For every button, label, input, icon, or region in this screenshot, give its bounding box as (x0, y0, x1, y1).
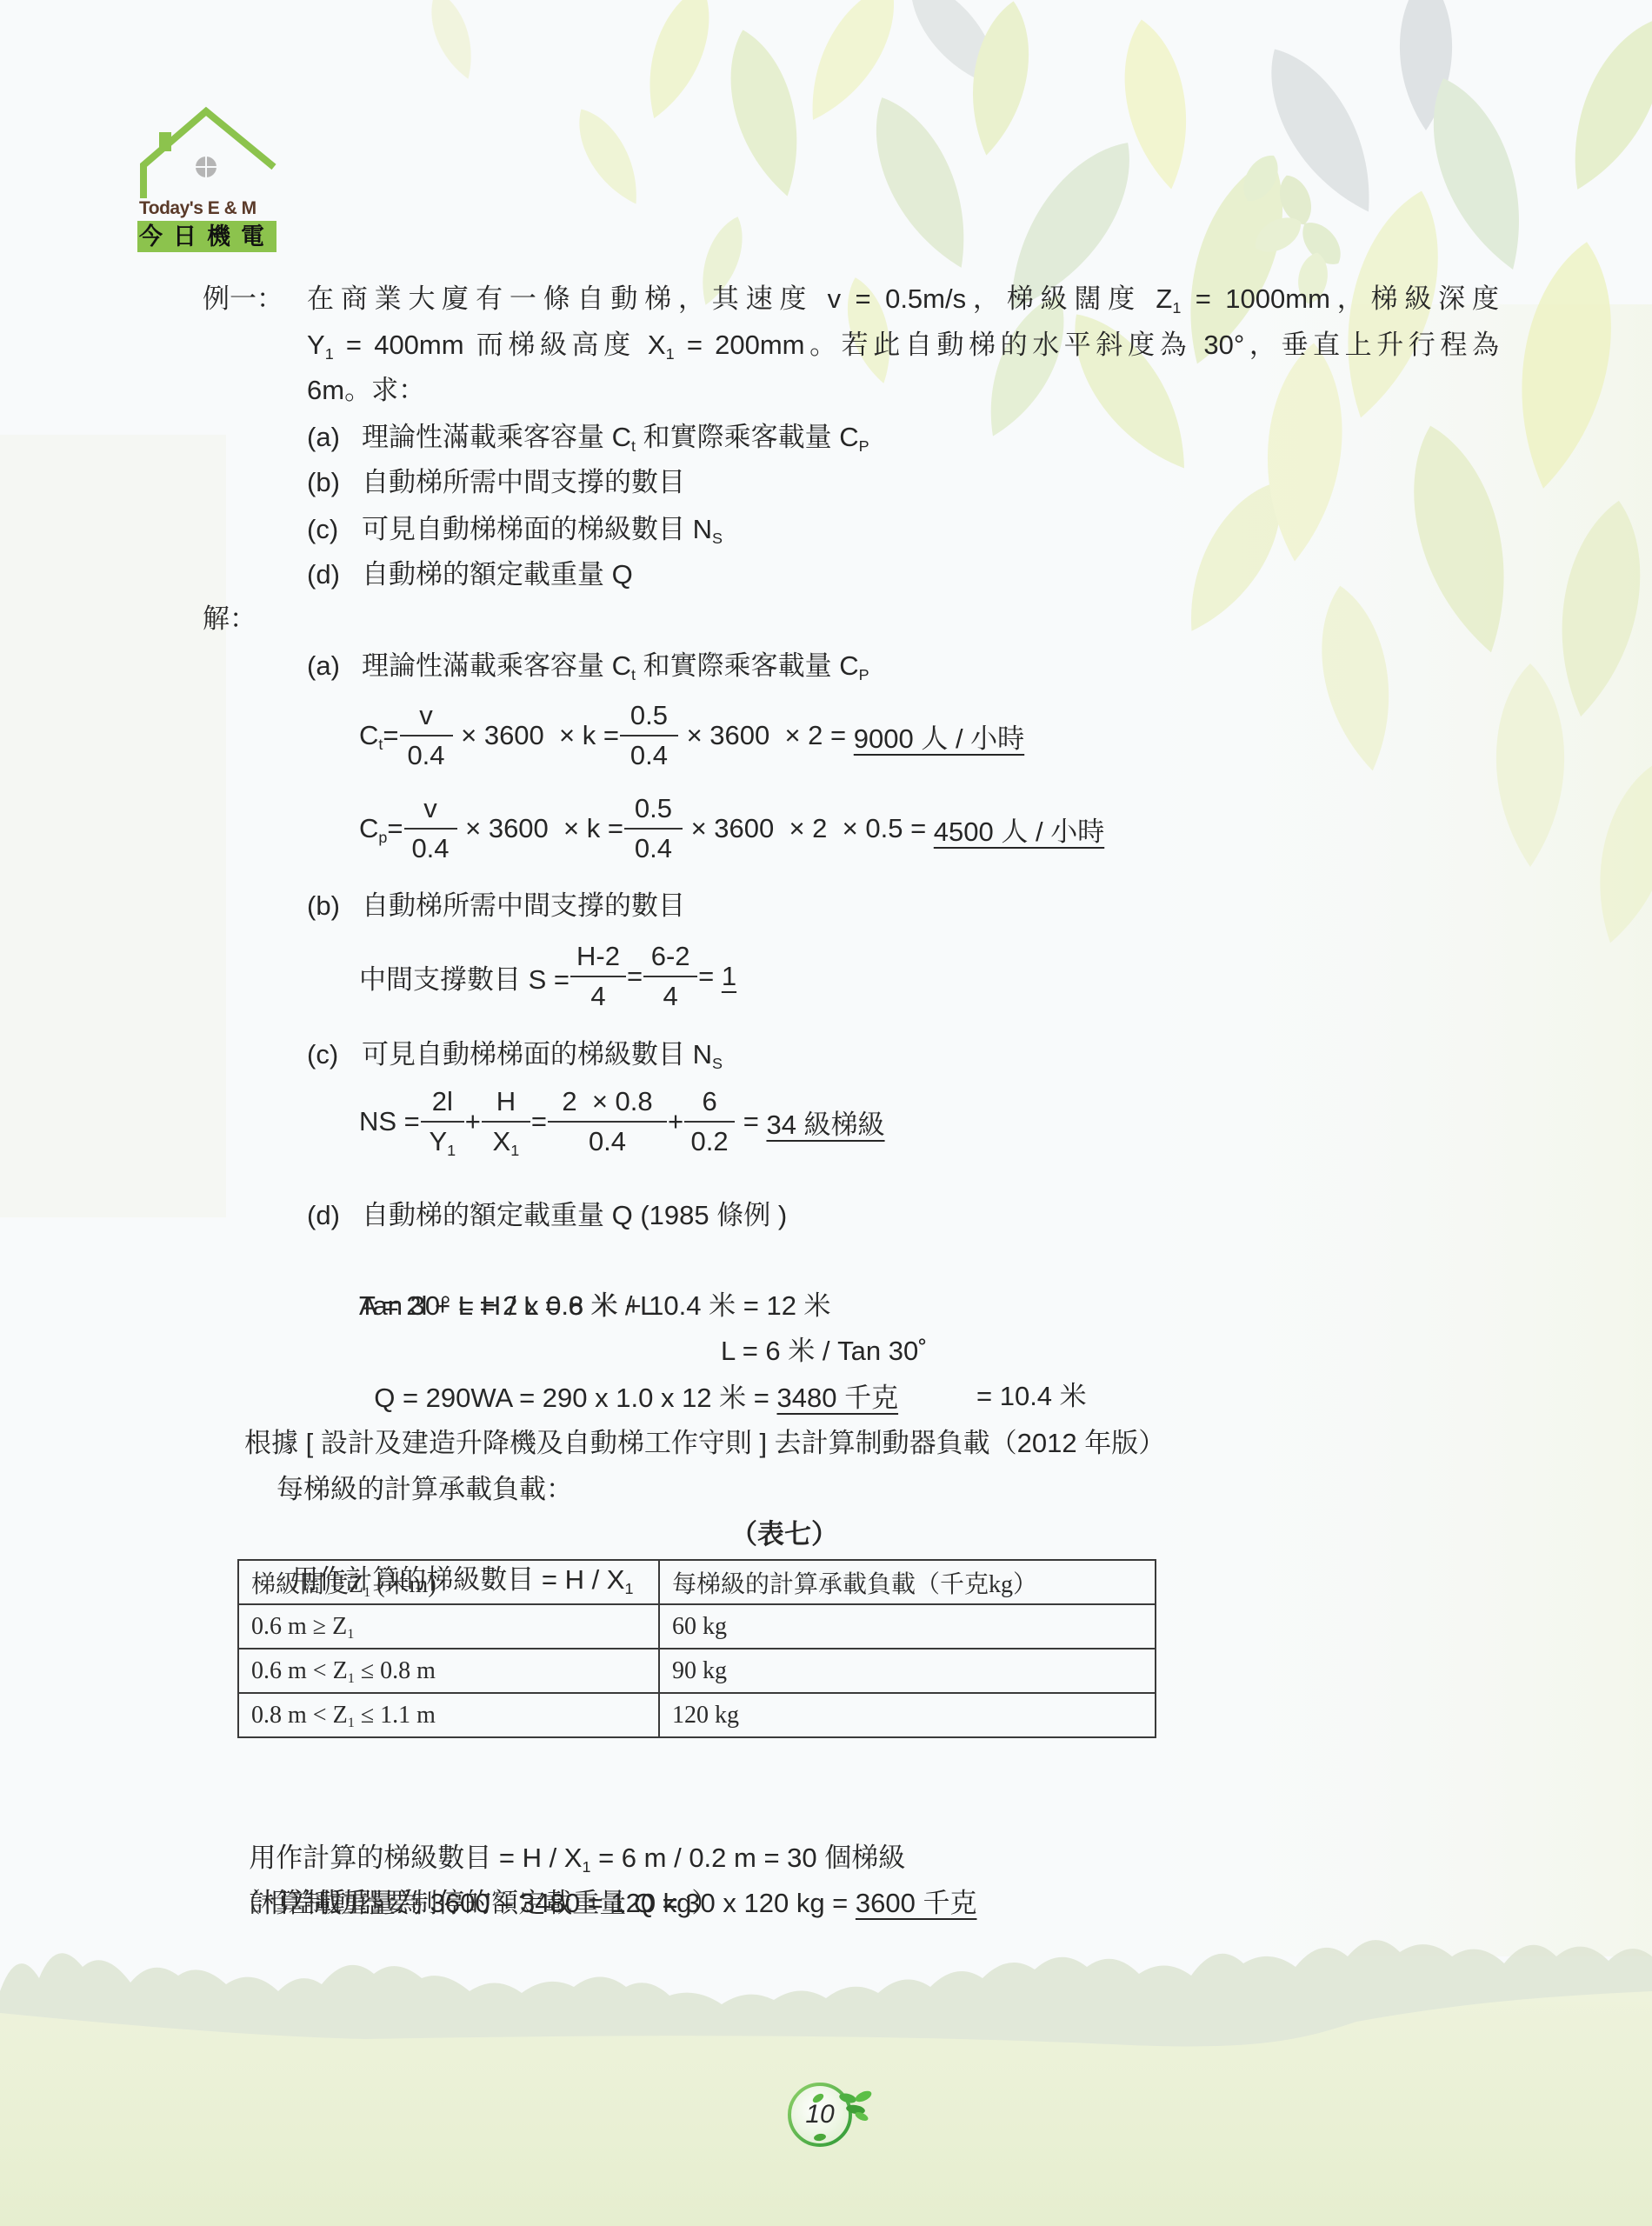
question-text: 可見自動梯梯面的梯級數目 NS (362, 507, 723, 552)
conclusion-line-3: （相差載重量為 3600 – 3480 = 120 kg） (234, 1881, 718, 1926)
load-table: 梯級闊度Z1 (米m) 每梯級的計算承載負載（千克kg） 0.6 m ≥ Z1 … (237, 1559, 1156, 1738)
conclusion-line-1: 用作計算的梯級數目 = H / X1 = 6 m / 0.2 m = 30 個梯… (234, 1790, 905, 1836)
solution-marker: (a) (307, 643, 340, 689)
ct-formula: Ct = v0.4 × 3600 × k = 0.50.4 × 3600 × 2… (359, 692, 1024, 779)
subscript: 1 (510, 1142, 519, 1159)
table-cell-load: 90 kg (659, 1649, 1156, 1693)
area-line: A = 2l + L = 2 x 0.8 米 + 10.4 米 = 12 米 (359, 1283, 831, 1329)
subscript: t (378, 736, 383, 753)
problem-line-2: Y1 = 400mm 而梯級高度 X1 = 200mm。若此自動梯的水平斜度為 … (307, 323, 1499, 368)
question-b: (b) 自動梯所需中間支撐的數目 (307, 460, 1350, 505)
formula-symbol: Cp (359, 813, 387, 844)
symbol: C (359, 813, 378, 843)
fraction: 2 × 0.80.4 (548, 1083, 667, 1161)
tan-line-part-c: = 10.4 米 (976, 1374, 1087, 1419)
table-cell-width: 0.6 m ≥ Z1 (238, 1604, 659, 1649)
denominator-text: Y (429, 1126, 447, 1156)
symbol: C (359, 720, 378, 750)
subscript: 1 (348, 1715, 355, 1730)
page-number-badge: 10 (778, 2074, 874, 2156)
equals: = (698, 961, 722, 992)
numerator: 6-2 (649, 937, 693, 976)
solution-heading-text: 理論性滿載乘客容量 Ct 和實際乘客載量 CP (362, 643, 869, 689)
solution-marker: (c) (307, 1032, 338, 1077)
conclusion-line-2: 計算制動器要制停的額定載重量 Q = 30 x 120 kg = 3600 千克 (234, 1836, 976, 1881)
logo-title-en: Today's E & M (139, 198, 278, 219)
subscript: S (712, 530, 723, 547)
problem-line-2-text-mid: = 400mm 而梯級高度 X (334, 330, 666, 360)
cell-text-end: ≤ 1.1 m (355, 1702, 436, 1729)
subscript: P (859, 666, 869, 683)
subscript: P (859, 437, 869, 455)
question-c: (c) 可見自動梯梯面的梯級數目 NS (307, 507, 1350, 552)
denominator: 4 (661, 977, 681, 1016)
formula-result: 9000 人 / 小時 (854, 716, 1024, 756)
table-row: 0.6 m < Z1 ≤ 0.8 m 90 kg (238, 1649, 1156, 1693)
table-cell-width: 0.6 m < Z1 ≤ 0.8 m (238, 1649, 659, 1693)
equals: = (531, 1106, 547, 1137)
plus: + (668, 1106, 683, 1137)
logo-title-zh: 今日機電 (137, 221, 276, 252)
question-a: (a) 理論性滿載乘客容量 Ct 和實際乘客載量 CP (307, 415, 1350, 460)
cell-text: 0.6 m < Z (251, 1657, 348, 1684)
question-text: 自動梯所需中間支撐的數目 (362, 460, 685, 505)
denominator: 0.4 (404, 736, 447, 775)
denominator: 4 (588, 977, 608, 1016)
equals: = (383, 720, 398, 751)
subscript: 1 (348, 1670, 355, 1686)
denominator: 0.4 (628, 736, 670, 775)
subscript: 1 (363, 1584, 370, 1600)
problem-line-1-text: 在商業大廈有一條自動梯，其速度 v = 0.5m/s，梯級闊度 Z (307, 283, 1172, 314)
fraction: 2lY1 (421, 1083, 464, 1161)
numerator: 0.5 (632, 790, 675, 828)
solution-label: 解： (203, 596, 256, 642)
problem-line-3: 6m。求： (307, 368, 425, 413)
heading-text-a: 理論性滿載乘客容量 C (362, 650, 631, 681)
page-number: 10 (797, 2100, 843, 2129)
subscript: t (631, 666, 636, 683)
example-label: 例一： (203, 277, 283, 322)
formula-result: 4500 人 / 小時 (934, 810, 1104, 849)
heading-text-b: 和實際乘客載量 C (636, 650, 859, 681)
numerator: v (421, 790, 440, 828)
plus: + (465, 1106, 481, 1137)
fraction: v0.4 (404, 790, 457, 868)
formula-result: 1 (722, 961, 736, 992)
header-text-end: (米m) (370, 1571, 436, 1598)
equals: = (387, 813, 403, 844)
problem-line-1-text-end: = 1000mm，梯級深度 (1181, 283, 1499, 314)
conclusion-result: 3600 千克 (856, 1888, 977, 1918)
solution-marker: (b) (307, 883, 340, 929)
table-row: 0.6 m ≥ Z1 60 kg (238, 1604, 1156, 1649)
formula-result: 34 級梯級 (766, 1103, 884, 1142)
table-cell-load: 60 kg (659, 1604, 1156, 1649)
question-text-a: 理論性滿載乘客容量 C (362, 422, 631, 452)
numerator: 0.5 (628, 696, 670, 735)
question-marker: (b) (307, 460, 340, 505)
numerator: H-2 (574, 937, 623, 976)
denominator: 0.2 (689, 1123, 731, 1161)
solution-b-heading: (b) 自動梯所需中間支撐的數目 (307, 883, 1350, 929)
denominator: 0.4 (632, 830, 675, 868)
denominator: 0.4 (586, 1123, 629, 1161)
table-header-row: 梯級闊度Z1 (米m) 每梯級的計算承載負載（千克kg） (238, 1560, 1156, 1604)
fraction: 6-24 (643, 937, 697, 1016)
table-cell-load: 120 kg (659, 1693, 1156, 1737)
table-cell-width: 0.8 m < Z1 ≤ 1.1 m (238, 1693, 659, 1737)
denominator: X1 (490, 1123, 523, 1161)
subscript: 1 (325, 345, 334, 363)
numerator: H (494, 1083, 518, 1121)
formula-symbol: Ct (359, 720, 383, 751)
fraction: HX1 (482, 1083, 530, 1161)
problem-line-2-text-end: = 200mm。若此自動梯的水平斜度為 30°，垂直上升行程為 (675, 330, 1499, 360)
fraction: 60.2 (684, 1083, 735, 1161)
denominator-text: X (493, 1126, 511, 1156)
problem-line-2-text: Y (307, 330, 325, 360)
formula-mid: × 3600 × k = (458, 813, 623, 844)
fraction: v0.4 (400, 696, 453, 775)
question-text-a: 可見自動梯梯面的梯級數目 N (362, 514, 712, 544)
fraction: H-24 (570, 937, 626, 1016)
question-d: (d) 自動梯的額定載重量 Q (307, 552, 1350, 597)
formula-tail: × 3600 × 2 × 0.5 = (683, 813, 934, 844)
steps-label: 用作計算的梯級數目 = H / X1 （表七） (276, 1512, 885, 1557)
cp-formula: Cp = v0.4 × 3600 × k = 0.50.4 × 3600 × 2… (359, 785, 1104, 872)
formula-mid: × 3600 × k = (454, 720, 619, 751)
solution-d-heading: (d) 自動梯的額定載重量 Q (1985 條例 ) (307, 1193, 1350, 1238)
solution-heading-text: 自動梯所需中間支撐的數目 (362, 883, 685, 929)
table-caption: （表七） (730, 1512, 838, 1557)
q-line: Q = 290WA = 290 x 1.0 x 12 米 = 3480 千克 (359, 1330, 898, 1376)
formula-lhs: 中間支撐數目 S = (359, 957, 570, 996)
question-text-b: 和實際乘客載量 C (636, 422, 859, 452)
solution-c-heading: (c) 可見自動梯梯面的梯級數目 NS (307, 1032, 1350, 1077)
table-row: 0.8 m < Z1 ≤ 1.1 m 120 kg (238, 1693, 1156, 1737)
logo: Today's E & M 今日機電 (130, 100, 287, 261)
solution-a-heading: (a) 理論性滿載乘客容量 Ct 和實際乘客載量 CP (307, 643, 1350, 689)
cell-text-end: ≤ 0.8 m (355, 1657, 436, 1684)
equals: = (736, 1106, 766, 1137)
q-line-result: 3480 千克 (777, 1383, 899, 1413)
formula-lhs: NS = (359, 1106, 420, 1137)
cell-text: 0.6 m ≥ Z (251, 1613, 347, 1640)
code-intro: 根據 [ 設計及建造升降機及自動梯工作守則 ] 去計算制動器負載（2012 年版… (244, 1421, 1165, 1466)
subscript: t (631, 437, 636, 455)
load-label: 每梯級的計算承載負載： (276, 1467, 573, 1512)
equals: = (627, 961, 643, 992)
numerator: 6 (699, 1083, 719, 1121)
support-count-formula: 中間支撐數目 S = H-24 = 6-24 = 1 (359, 933, 736, 1020)
numerator: v (416, 696, 436, 735)
solution-heading-text: 可見自動梯梯面的梯級數目 NS (362, 1032, 723, 1077)
subscript: S (712, 1055, 723, 1072)
q-line-text: Q = 290WA = 290 x 1.0 x 12 米 = (374, 1383, 776, 1413)
question-text: 自動梯的額定載重量 Q (362, 552, 633, 597)
question-marker: (d) (307, 552, 340, 597)
table-header-width: 梯級闊度Z1 (米m) (238, 1560, 659, 1604)
subscript: 1 (347, 1626, 354, 1642)
tan-line: Tan 30° = H / L = 6 米 / L L = 6 米 / Tan … (359, 1238, 1229, 1283)
subscript: p (378, 829, 387, 846)
question-marker: (c) (307, 507, 338, 552)
subscript: 1 (1172, 299, 1181, 317)
question-text: 理論性滿載乘客容量 Ct 和實際乘客載量 CP (362, 415, 869, 460)
numerator: 2l (430, 1083, 456, 1121)
fraction: 0.50.4 (620, 696, 678, 775)
denominator: Y1 (426, 1123, 458, 1161)
solution-heading-text: 自動梯的額定載重量 Q (1985 條例 ) (362, 1193, 787, 1238)
fraction: 0.50.4 (624, 790, 683, 868)
numerator: 2 × 0.8 (559, 1083, 655, 1121)
header-text: 梯級闊度Z (251, 1571, 363, 1598)
step-count-formula: NS = 2lY1 + HX1 = 2 × 0.80.4 + 60.2 = 34… (359, 1078, 885, 1165)
problem-line-1: 在商業大廈有一條自動梯，其速度 v = 0.5m/s，梯級闊度 Z1 = 100… (307, 277, 1499, 322)
question-marker: (a) (307, 415, 340, 460)
formula-tail: × 3600 × 2 = (679, 720, 854, 751)
subscript: 1 (447, 1142, 456, 1159)
cell-text: 0.8 m < Z (251, 1702, 348, 1729)
table-header-load: 每梯級的計算承載負載（千克kg） (659, 1560, 1156, 1604)
subscript: 1 (666, 345, 675, 363)
heading-text-a: 可見自動梯梯面的梯級數目 N (362, 1039, 712, 1070)
denominator: 0.4 (409, 830, 451, 868)
solution-marker: (d) (307, 1193, 340, 1238)
